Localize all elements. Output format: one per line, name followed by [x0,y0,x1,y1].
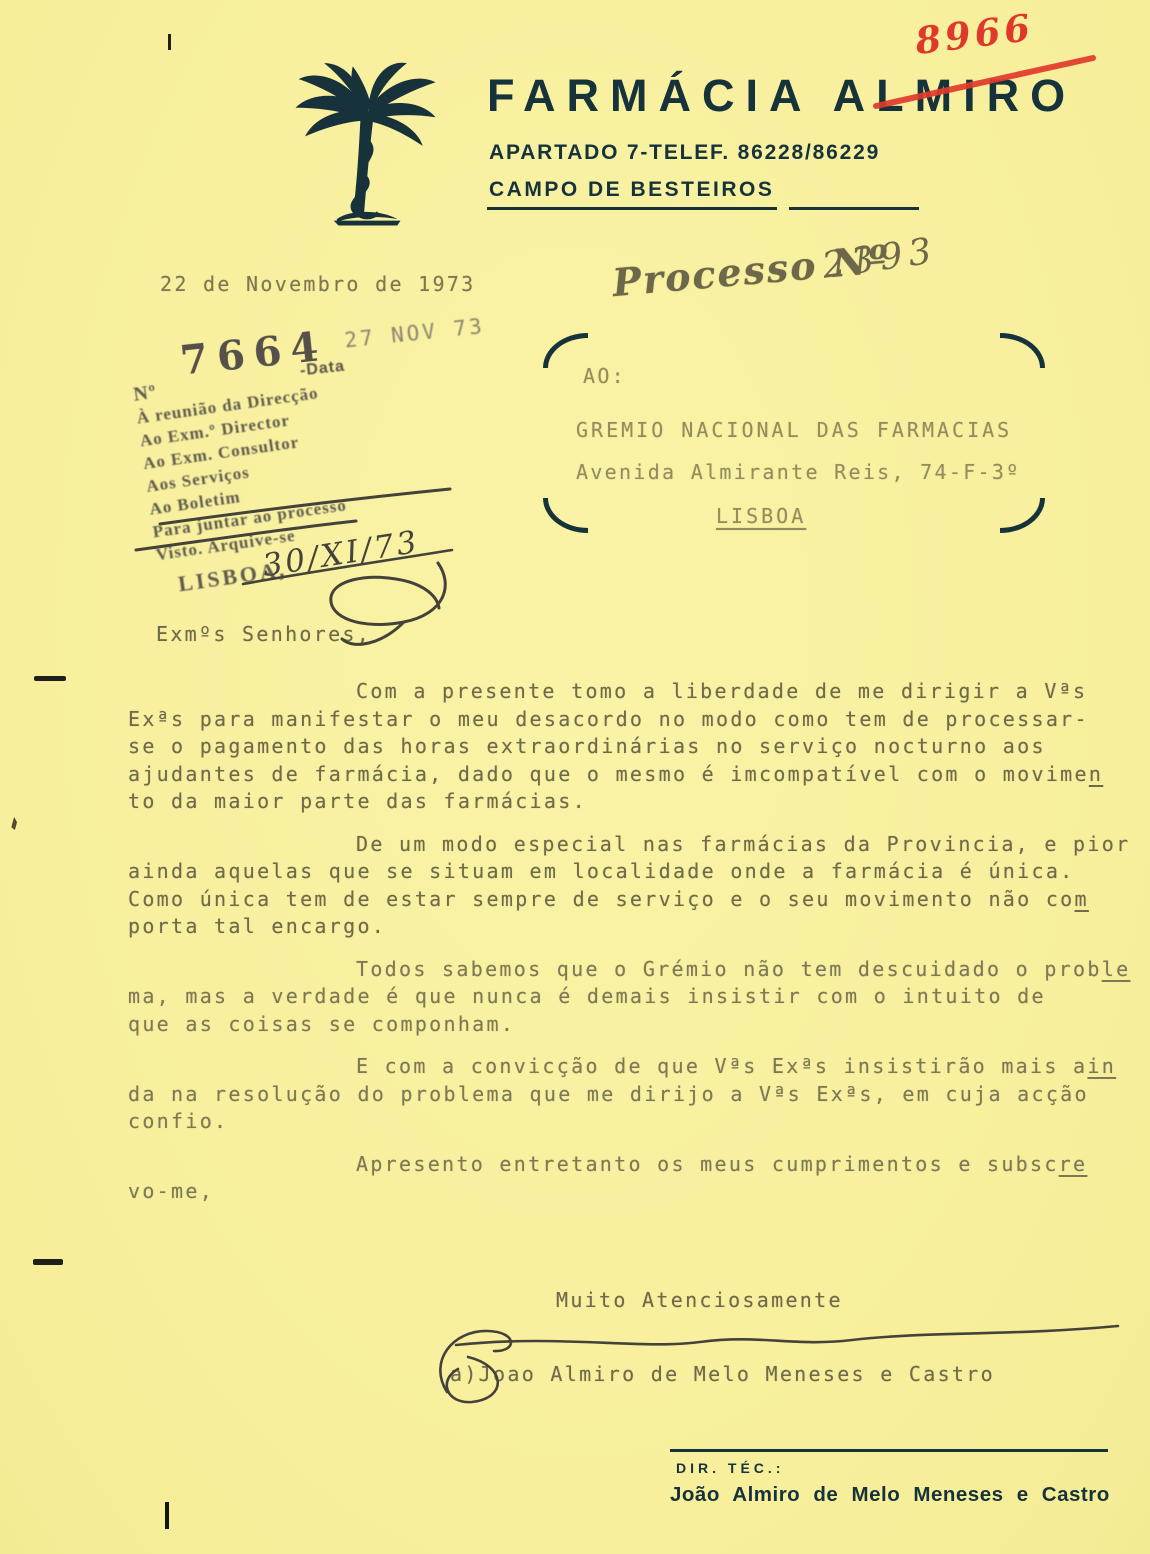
left-margin-dash-1 [34,676,66,681]
typed-signature-name: a)Joao Almiro de Melo Meneses e Castro [450,1362,995,1386]
recipient-city: LISBOA [716,504,806,528]
window-corner-bottom-left [543,498,588,533]
letter-line: confio. [128,1108,1138,1136]
company-name: FARMÁCIA ALMIRO [487,70,1127,122]
letter-line: que as coisas se componham. [128,1011,1138,1039]
technical-director-name: João Almiro de Melo Meneses e Castro [670,1483,1110,1507]
recipient-address: Avenida Almirante Reis, 74-F-3º [576,460,1021,484]
handwritten-red-number: 8966 [913,5,1036,63]
top-tick-mark [168,34,171,50]
letter-line: to da maior parte das farmácias. [128,788,1138,816]
letter-line: da na resolução do problema que me dirij… [128,1081,1138,1109]
recipient-name: GREMIO NACIONAL DAS FARMACIAS [576,418,1012,442]
recipient-to-label: AO: [583,364,626,388]
letter-line: ainda aquelas que se situam em localidad… [128,858,1138,886]
letterhead-town-line: CAMPO DE BESTEIROS [489,178,774,202]
letter-line: De um modo especial nas farmácias da Pro… [128,831,1138,859]
footer-rule [670,1449,1108,1452]
letter-paragraph: Com a presente tomo a liberdade de me di… [128,678,1138,816]
letter-line: Com a presente tomo a liberdade de me di… [128,678,1138,706]
letter-paragraph: Todos sabemos que o Grémio não tem descu… [128,956,1138,1039]
letter-paragraph: Apresento entretanto os meus cumprimento… [128,1151,1138,1206]
technical-director-label: DIR. TÉC.: [676,1460,784,1476]
window-corner-bottom-right [1000,498,1045,533]
window-corner-top-right [1000,333,1045,368]
left-margin-dash-2 [33,1259,63,1265]
letter-line: Como única tem de estar sempre de serviç… [128,886,1138,914]
letter-line: Exªs para manifestar o meu desacordo no … [128,706,1138,734]
letter-line: Apresento entretanto os meus cumprimento… [128,1151,1138,1179]
letter-paragraph: De um modo especial nas farmácias da Pro… [128,831,1138,941]
letter-line: vo-me, [128,1178,1138,1206]
window-corner-top-left [543,333,588,368]
letter-page: 8966 FARMÁCIA ALMIRO APARTADO 7-TELEF. 8… [0,0,1150,1554]
letterhead-apartado-line: APARTADO 7-TELEF. 86228/86229 [489,141,880,165]
letter-body: Com a presente tomo a liberdade de me di… [128,678,1138,1221]
letter-line: Todos sabemos que o Grémio não tem descu… [128,956,1138,984]
letter-line: ajudantes de farmácia, dado que o mesmo … [128,761,1138,789]
left-margin-speck [10,817,17,830]
letter-paragraph: E com a convicção de que Vªs Exªs insist… [128,1053,1138,1136]
letterhead-underline-2 [789,207,919,210]
letterhead-underline-1 [487,207,777,210]
salutation: Exmºs Senhores, [156,622,371,646]
closing-line: Muito Atenciosamente [556,1288,843,1312]
letter-line: porta tal encargo. [128,913,1138,941]
bottom-tick-mark [165,1502,169,1529]
palm-tree-serpent-icon [283,60,448,235]
letter-line: E com a convicção de que Vªs Exªs insist… [128,1053,1138,1081]
processo-handwritten-number: 2393 [820,230,940,287]
letter-line: ma, mas a verdade é que nunca é demais i… [128,983,1138,1011]
letter-date: 22 de Novembro de 1973 [160,272,476,296]
letter-line: se o pagamento das horas extraordinárias… [128,733,1138,761]
